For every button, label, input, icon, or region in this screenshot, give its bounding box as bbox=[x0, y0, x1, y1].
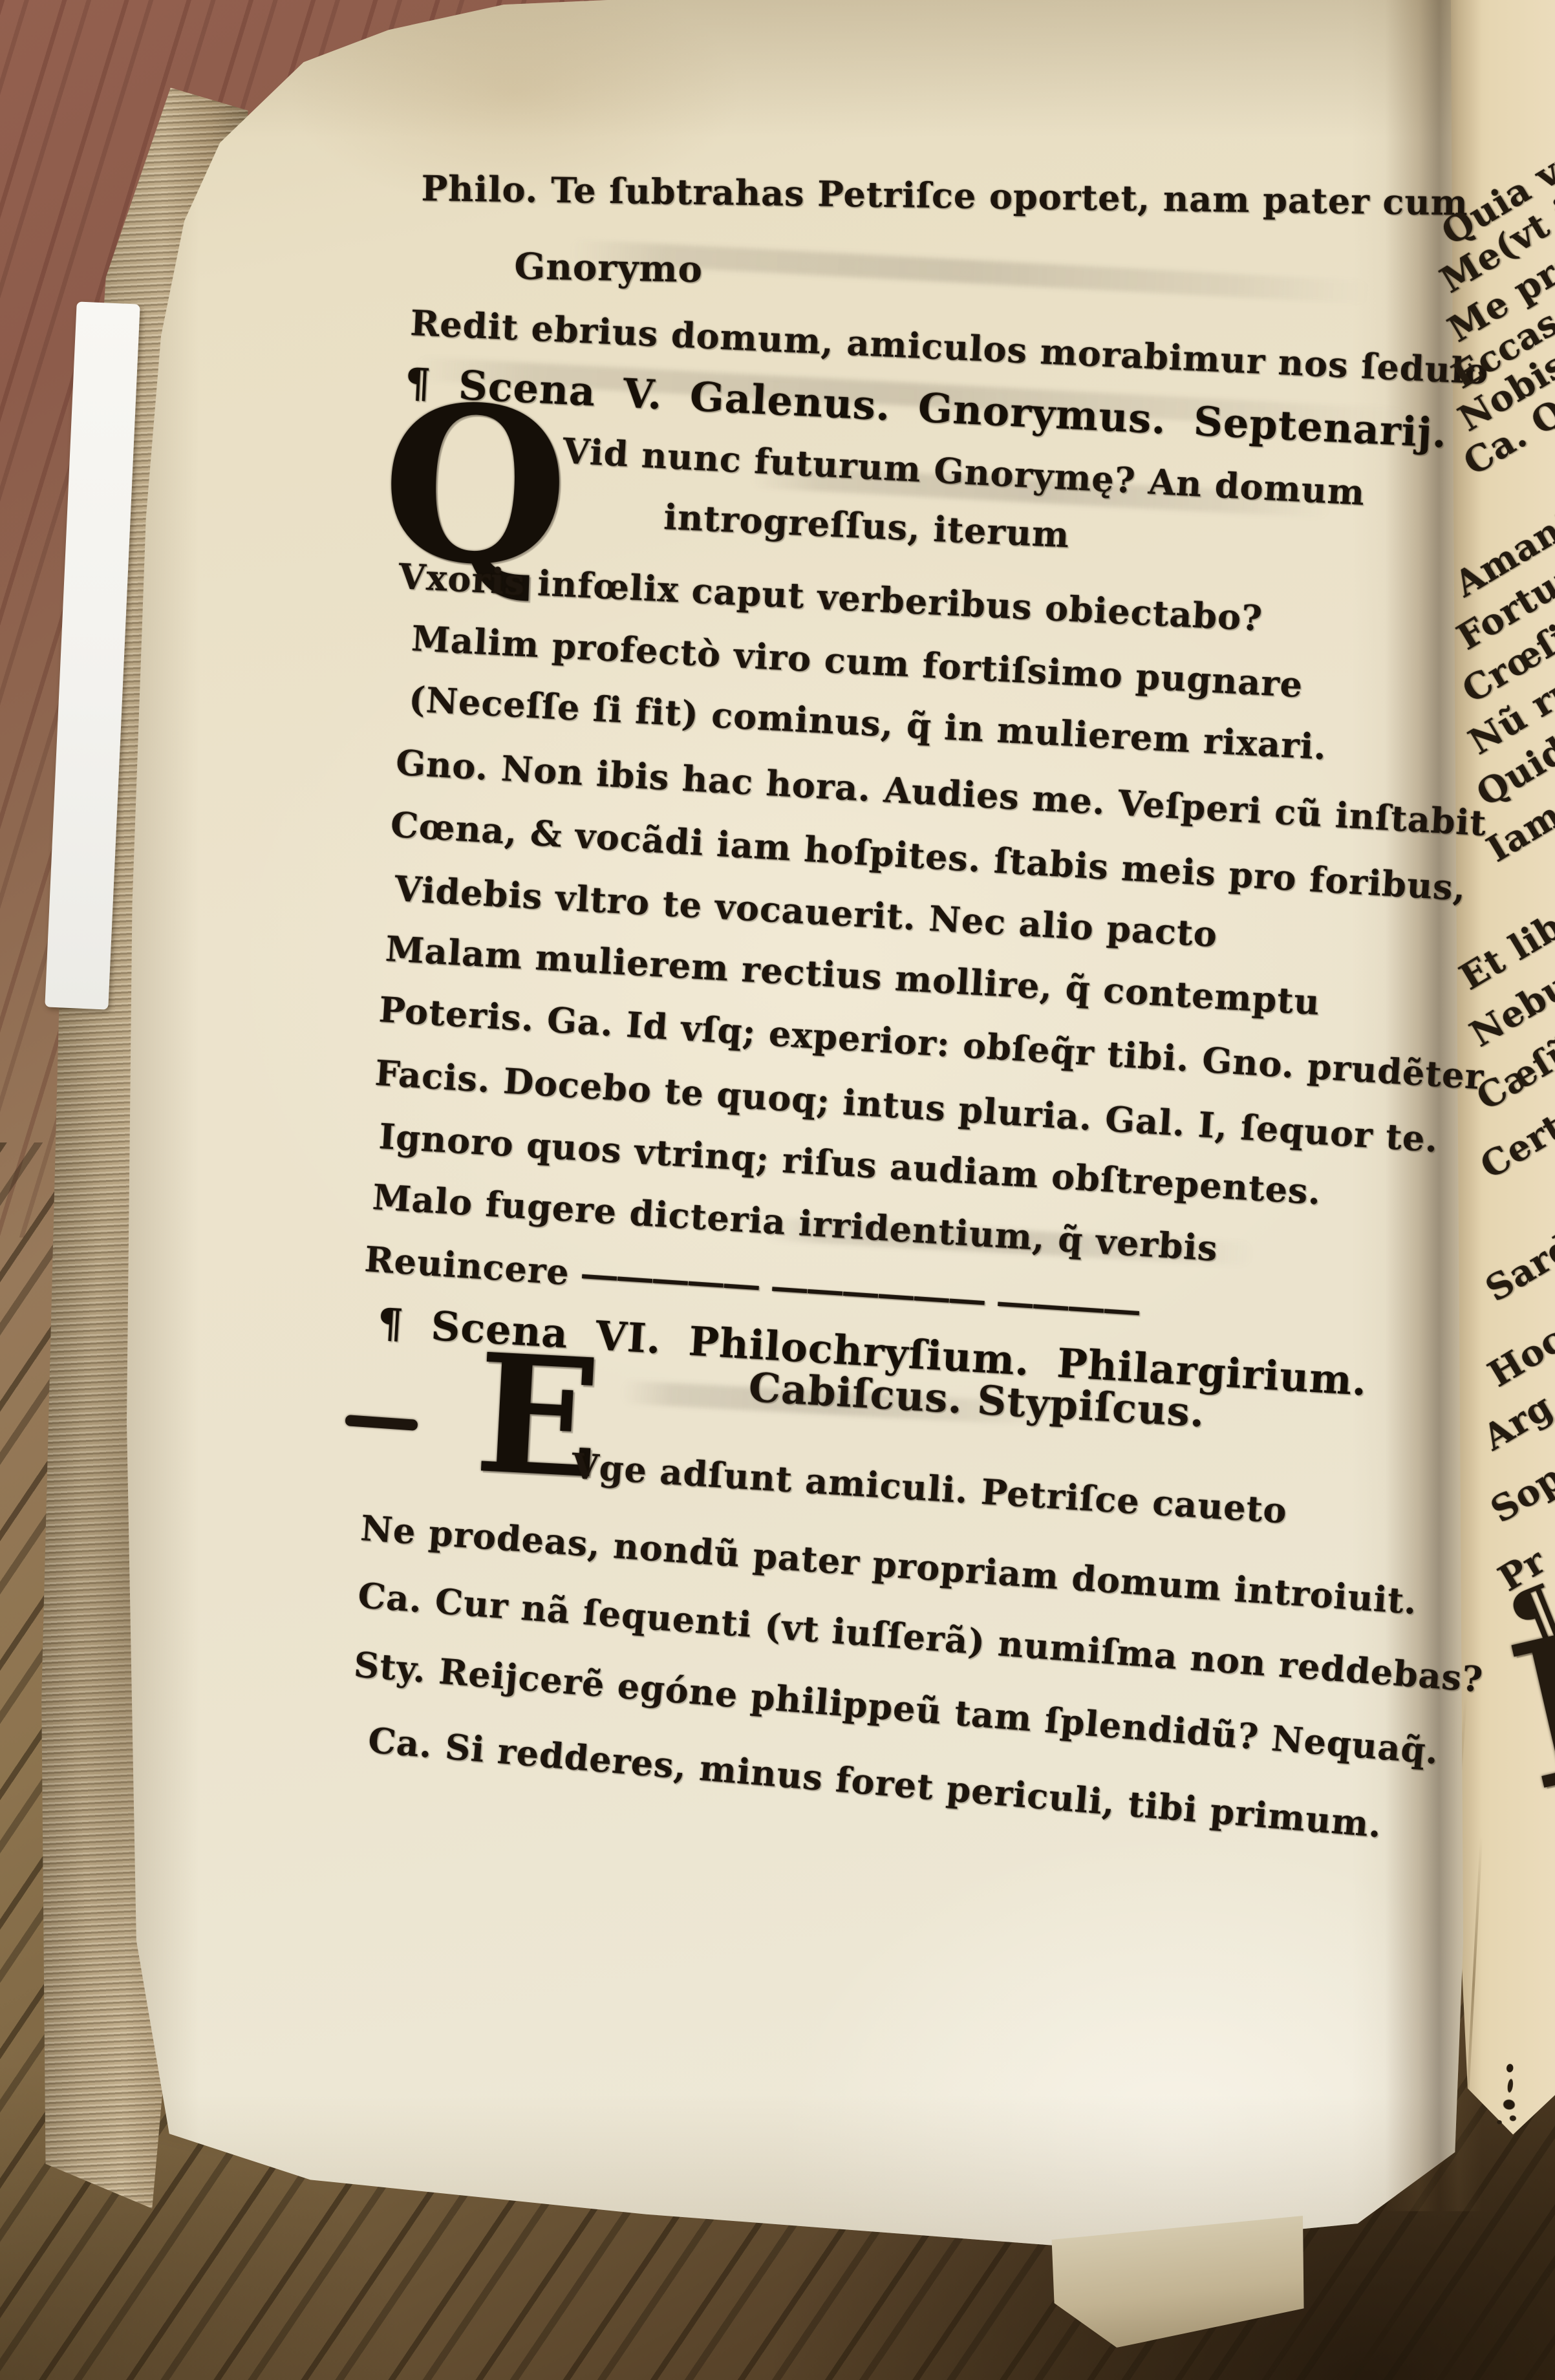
book-photo-scene: Q E ¶ I Philo. Te ſubtrahas Petriſce opo… bbox=[0, 0, 1555, 2380]
printed-line: Gnorymo bbox=[514, 247, 703, 290]
drop-cap-q: Q bbox=[380, 397, 572, 574]
